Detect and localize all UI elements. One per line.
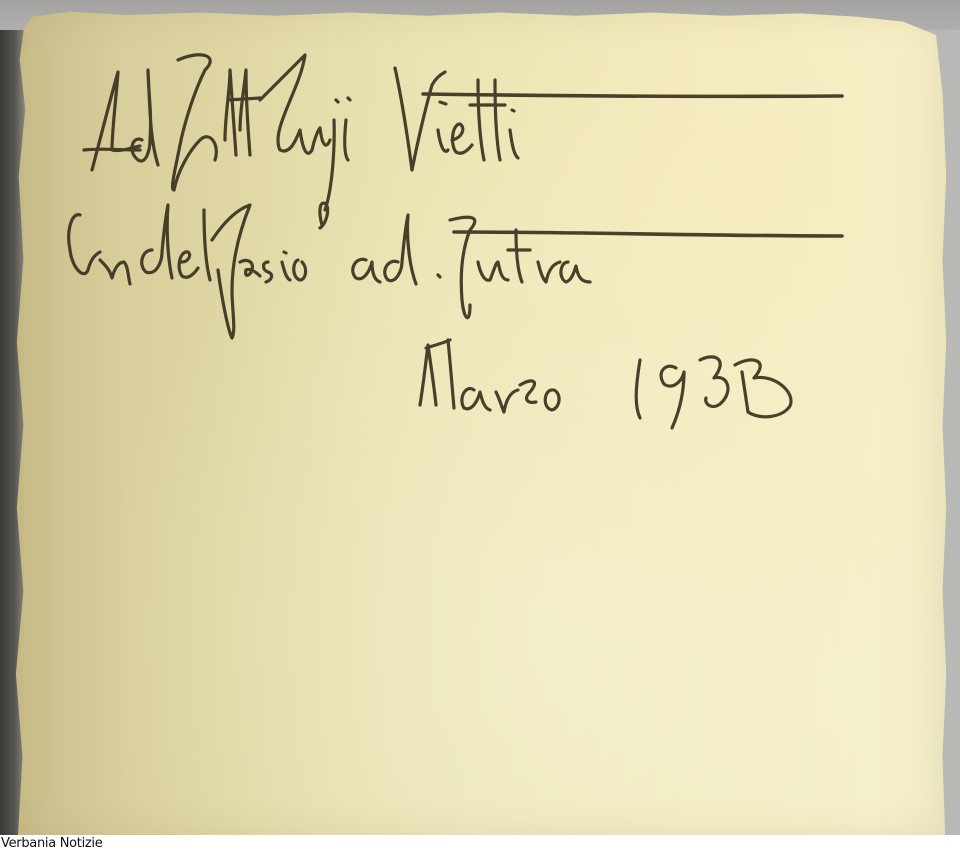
photo-back-paper — [14, 10, 950, 835]
image-caption: Verbania Notizie — [0, 835, 960, 852]
caption-text: Verbania Notizie — [1, 835, 102, 852]
photograph: Ad Dott. Luigi Vietti Casa del Fascio ad… — [0, 0, 960, 835]
